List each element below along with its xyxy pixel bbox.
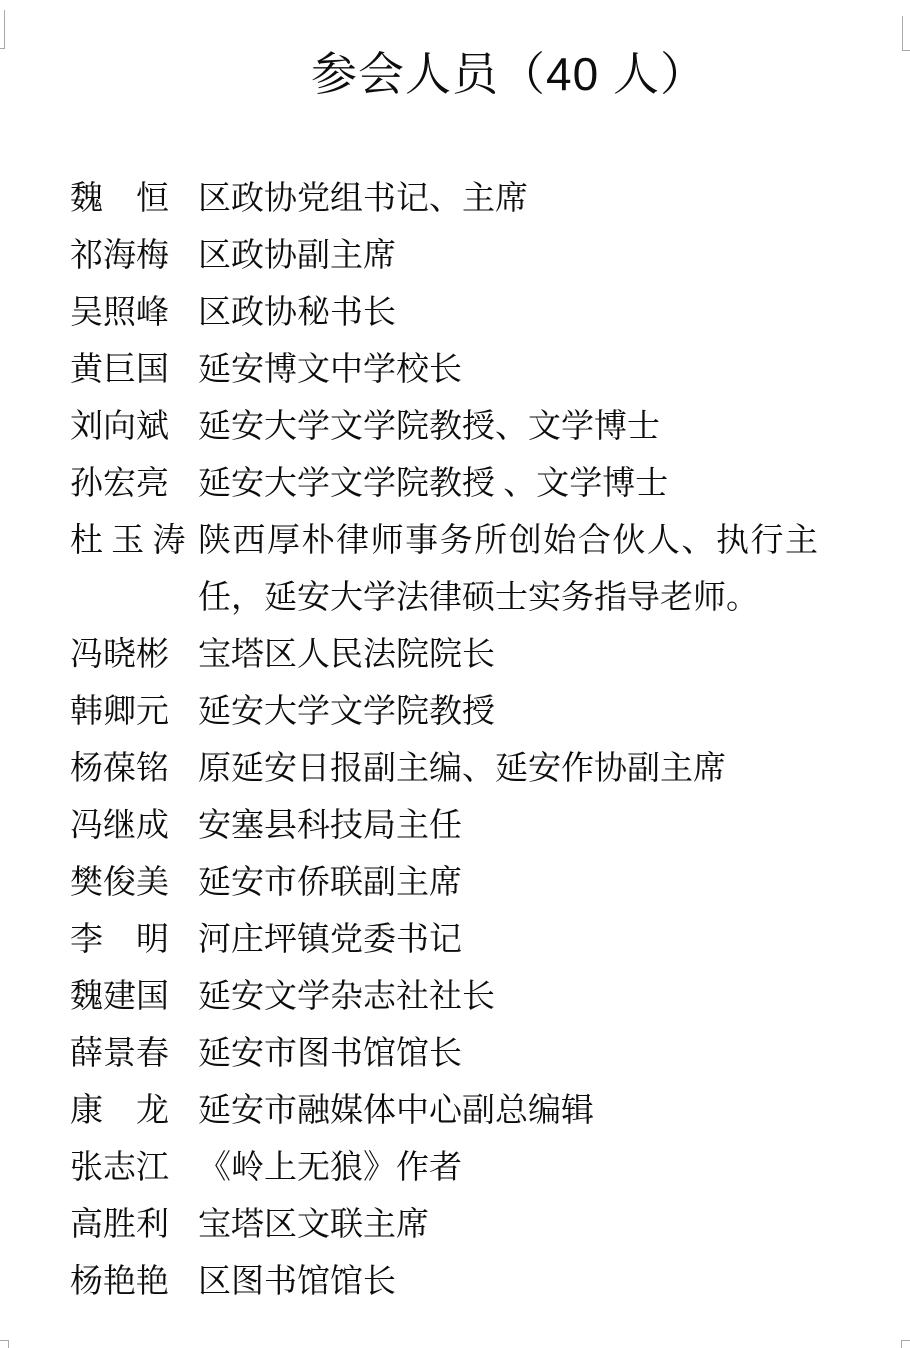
attendee-list: 魏 恒 区政协党组书记、主席 祁海梅 区政协副主席 吴照峰 区政协秘书长 黄巨国… [0,171,910,1311]
attendee-role: 延安大学文学院教授、文学博士 [198,399,818,456]
attendee-row: 韩卿元 延安大学文学院教授 [0,684,910,741]
attendee-name: 韩卿元 [70,684,198,741]
attendee-row: 吴照峰 区政协秘书长 [0,285,910,342]
text-boundary-mark-top-left-icon [0,10,5,49]
attendee-role: 宝塔区人民法院院长 [198,627,818,684]
attendee-row: 祁海梅 区政协副主席 [0,228,910,285]
attendee-name: 高胜利 [70,1197,198,1254]
attendee-name: 冯晓彬 [70,627,198,684]
document-page: { "document": { "title": "参会人员（40 人）", "… [0,0,910,1348]
attendee-role: 原延安日报副主编、延安作协副主席 [198,741,818,798]
attendee-name: 薛景春 [70,1026,198,1083]
attendee-row: 冯晓彬 宝塔区人民法院院长 [0,627,910,684]
attendee-role: 区图书馆馆长 [198,1254,818,1311]
attendee-row: 高胜利 宝塔区文联主席 [0,1197,910,1254]
attendee-row: 樊俊美 延安市侨联副主席 [0,855,910,912]
attendee-role: 延安大学文学院教授 [198,684,818,741]
attendee-row: 黄巨国 延安博文中学校长 [0,342,910,399]
attendee-name: 李 明 [70,912,198,969]
attendee-name: 张志江 [70,1140,198,1197]
attendee-role: 宝塔区文联主席 [198,1197,818,1254]
attendee-row: 冯继成 安塞县科技局主任 [0,798,910,855]
attendee-role: 延安文学杂志社社长 [198,969,818,1026]
attendee-role: 陕西厚朴律师事务所创始合伙人、执行主任，延安大学法律硕士实务指导老师。 [198,513,818,627]
attendee-name: 杨艳艳 [70,1254,198,1311]
attendee-role: 安塞县科技局主任 [198,798,818,855]
page-title: 参会人员（40 人） [54,0,910,104]
attendee-role: 区政协副主席 [198,228,818,285]
attendee-role: 区政协秘书长 [198,285,818,342]
attendee-row: 李 明 河庄坪镇党委书记 [0,912,910,969]
attendee-row: 杜 玉 涛 陕西厚朴律师事务所创始合伙人、执行主任，延安大学法律硕士实务指导老师… [0,513,910,627]
attendee-row: 张志江 《岭上无狼》作者 [0,1140,910,1197]
attendee-name: 刘向斌 [70,399,198,456]
attendee-role: 延安大学文学院教授 、文学博士 [198,456,818,513]
attendee-name: 樊俊美 [70,855,198,912]
attendee-role: 延安市图书馆馆长 [198,1026,818,1083]
attendee-role: 《岭上无狼》作者 [198,1140,818,1197]
attendee-name: 杜 玉 涛 [70,513,198,627]
attendee-name: 冯继成 [70,798,198,855]
attendee-role: 延安博文中学校长 [198,342,818,399]
attendee-row: 杨艳艳 区图书馆馆长 [0,1254,910,1311]
attendee-name: 吴照峰 [70,285,198,342]
attendee-name: 魏 恒 [70,171,198,228]
text-boundary-mark-bottom-right-icon [901,1340,910,1348]
attendee-row: 杨葆铭 原延安日报副主编、延安作协副主席 [0,741,910,798]
attendee-name: 杨葆铭 [70,741,198,798]
attendee-row: 康 龙 延安市融媒体中心副总编辑 [0,1083,910,1140]
attendee-role: 延安市融媒体中心副总编辑 [198,1083,818,1140]
text-boundary-mark-bottom-left-icon [0,1340,9,1348]
attendee-row: 孙宏亮 延安大学文学院教授 、文学博士 [0,456,910,513]
attendee-row: 魏建国 延安文学杂志社社长 [0,969,910,1026]
attendee-role: 延安市侨联副主席 [198,855,818,912]
attendee-row: 魏 恒 区政协党组书记、主席 [0,171,910,228]
attendee-name: 魏建国 [70,969,198,1026]
attendee-row: 薛景春 延安市图书馆馆长 [0,1026,910,1083]
attendee-row: 刘向斌 延安大学文学院教授、文学博士 [0,399,910,456]
attendee-name: 孙宏亮 [70,456,198,513]
attendee-name: 祁海梅 [70,228,198,285]
attendee-name: 黄巨国 [70,342,198,399]
attendee-role: 河庄坪镇党委书记 [198,912,818,969]
attendee-role: 区政协党组书记、主席 [198,171,818,228]
attendee-name: 康 龙 [70,1083,198,1140]
